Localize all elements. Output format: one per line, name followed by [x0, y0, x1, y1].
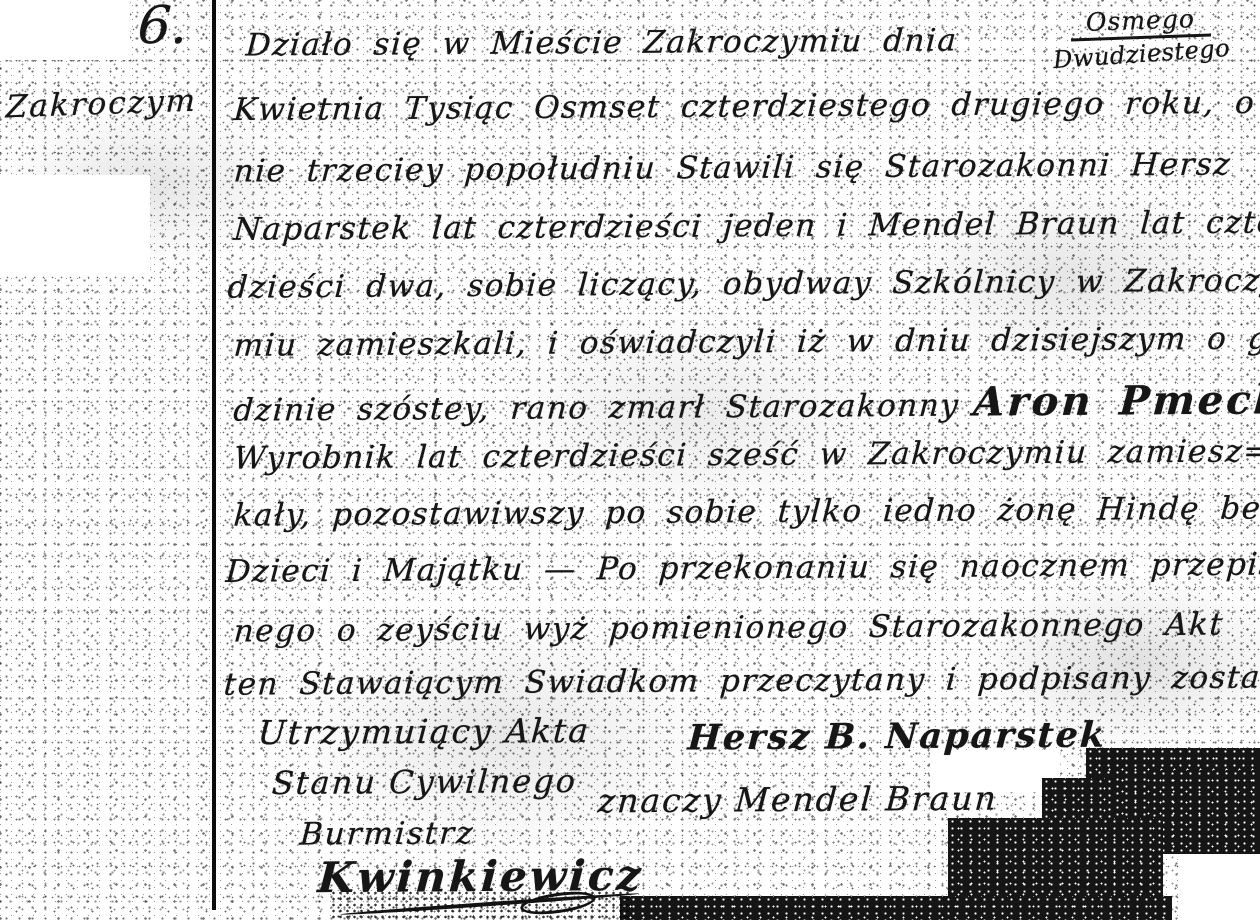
white-patch — [1180, 856, 1260, 920]
deceased-name: Aron Pmech — [972, 376, 1260, 425]
white-patch — [0, 0, 130, 60]
registrar-title-line: Utrzymuiący Akta — [257, 711, 592, 752]
ink-stain — [620, 896, 1172, 920]
entry-number: 6. — [136, 0, 189, 56]
witness-signature-naparstek: Hersz B. Naparstek — [687, 715, 1108, 759]
registrar-title-line: Burmistrz — [299, 815, 476, 852]
body-line: ten Stawaiącym Swiadkom przeczytany i po… — [223, 659, 1260, 702]
ink-stain — [1150, 770, 1260, 854]
ink-stain — [948, 818, 1163, 902]
date-correction: Osmego Dwudziestego — [1025, 2, 1257, 72]
scanned-death-record-page: 6. Zakroczym Osmego Dwudziestego Działo … — [0, 0, 1260, 920]
body-line: miu zamieszkali, i oświadczyli iż w dniu… — [233, 320, 1260, 364]
body-line: Kwietnia Tysiąc Osmset czterdziestego dr… — [233, 84, 1260, 128]
body-line-text: dzinie szóstey, rano zmarł Starozakonny — [232, 388, 960, 429]
witness-signature-braun: znaczy Mendel Braun — [597, 779, 999, 821]
body-line: Dzieci i Majątku — Po przekonaniu się na… — [225, 546, 1260, 590]
registrar-title-line: Stanu Cywilnego — [271, 762, 579, 802]
body-line: Naparstek lat czterdzieści jeden i Mende… — [233, 204, 1260, 248]
body-line: Działo się w Mieście Zakroczymiu dnia — [245, 23, 959, 64]
body-line: nie trzeciey popołudniu Stawili się Star… — [233, 147, 1233, 190]
margin-rule-line — [212, 0, 216, 910]
body-line: kały, pozostawiwszy po sobie tylko iedno… — [233, 490, 1260, 533]
body-line: dzinie szóstey, rano zmarł StarozakonnyA… — [232, 376, 1260, 430]
body-line: Wyrobnik lat czterdzieści sześć w Zakroc… — [233, 433, 1260, 476]
margin-place-name: Zakroczym — [5, 83, 198, 126]
body-line: dzieści dwa, sobie liczący, obydway Szkó… — [227, 262, 1260, 306]
body-line: nego o zeyściu wyż pomienionego Starozak… — [233, 607, 1225, 650]
white-patch — [0, 175, 150, 275]
